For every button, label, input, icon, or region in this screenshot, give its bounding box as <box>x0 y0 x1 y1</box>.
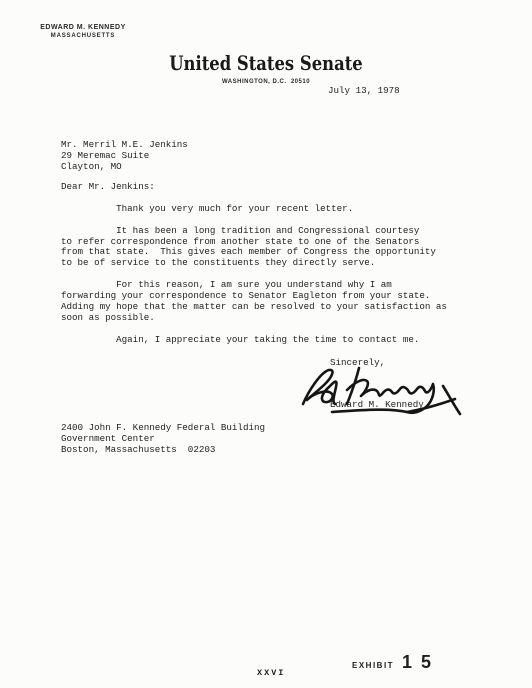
sender-identity-block: EDWARD M. KENNEDY MASSACHUSETTS <box>36 24 130 39</box>
letterhead-title: United States Senate <box>0 51 532 75</box>
letter-date: July 13, 1978 <box>328 85 400 96</box>
sender-state: MASSACHUSETTS <box>36 33 130 39</box>
letter-page: EDWARD M. KENNEDY MASSACHUSETTS United S… <box>0 0 532 688</box>
sender-office-address: 2400 John F. Kennedy Federal Building Go… <box>61 422 265 455</box>
page-number: XXVI <box>257 668 285 678</box>
exhibit-label: EXHIBIT <box>352 661 394 670</box>
exhibit-number: 1 5 <box>402 652 433 673</box>
sender-name: EDWARD M. KENNEDY <box>36 24 130 31</box>
letterhead-title-text: United States Senate <box>169 51 362 75</box>
letterhead-location: WASHINGTON, D.C. 20510 <box>0 79 532 85</box>
handwritten-signature-icon <box>293 360 471 418</box>
recipient-address-block: Mr. Merril M.E. Jenkins 29 Meremac Suite… <box>61 139 188 172</box>
letter-body: Dear Mr. Jenkins: Thank you very much fo… <box>61 182 447 346</box>
